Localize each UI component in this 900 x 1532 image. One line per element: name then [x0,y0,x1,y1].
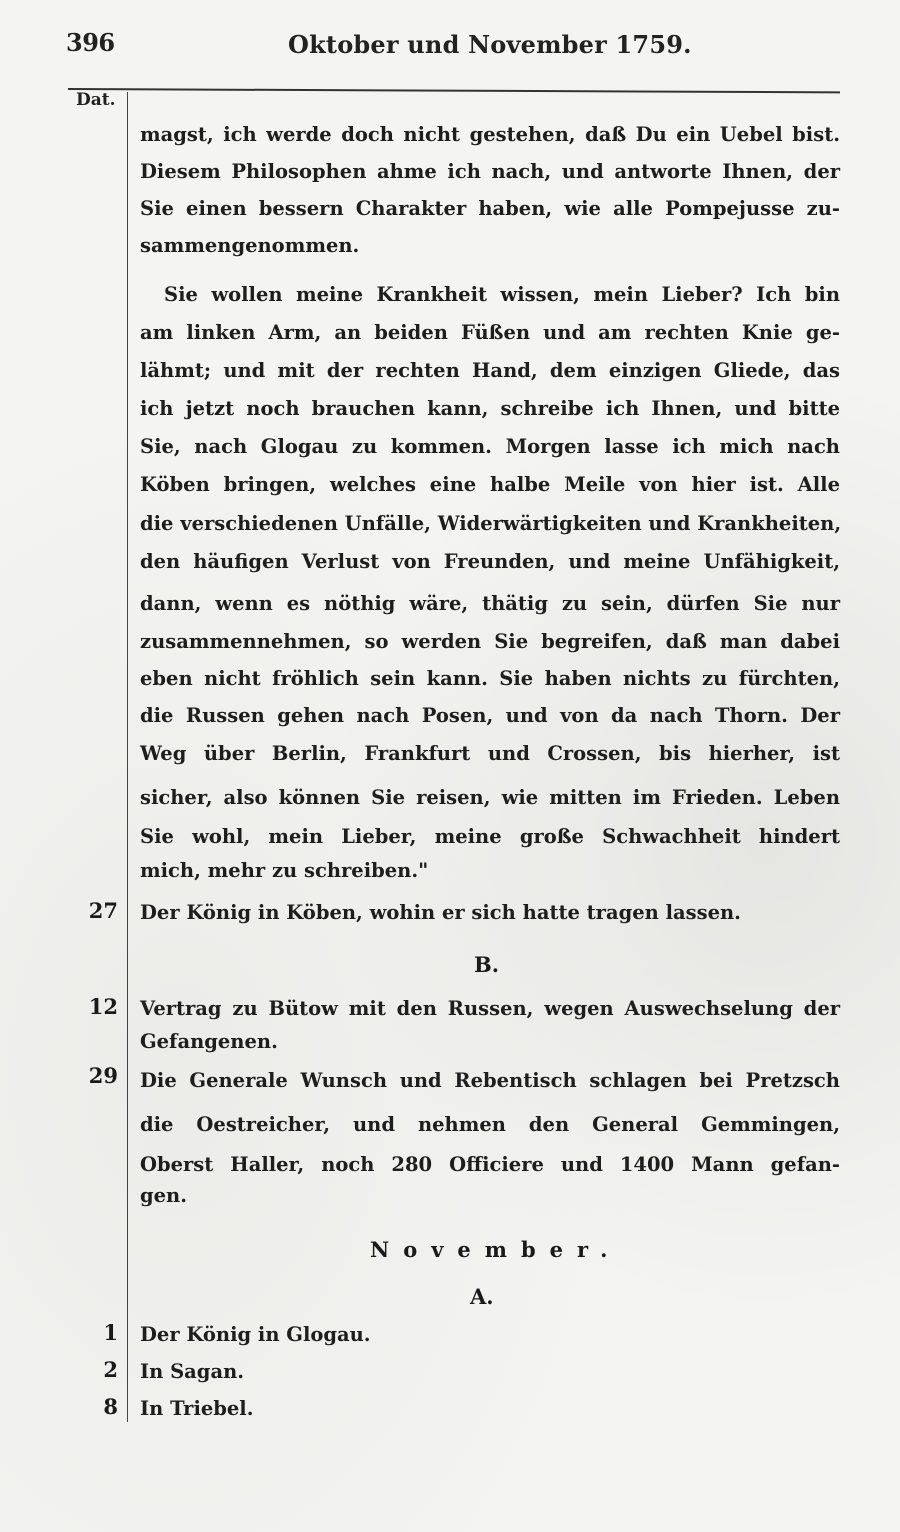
text-line: zusammennehmen, so werden Sie begreifen,… [140,629,840,655]
text-line: dann, wenn es nöthig wäre, thätig zu sei… [140,591,840,617]
text-line: am linken Arm, an beiden Füßen und am re… [140,320,840,346]
entry-date: 29 [78,1063,118,1088]
text-line: sicher, also können Sie reisen, wie mitt… [140,785,840,811]
date-column-label: Dat. [76,90,116,110]
entry-text: die Oestreicher, und nehmen den General … [140,1112,840,1138]
entry-text: Der König in Glogau. [140,1322,840,1348]
text-line: lähmt; und mit der rechten Hand, dem ein… [140,358,840,384]
entry-text: Vertrag zu Bütow mit den Russen, wegen A… [140,996,840,1022]
entry-date: 12 [78,994,118,1019]
entry-text: Oberst Haller, noch 280 Officiere und 14… [140,1152,840,1178]
text-line: den häufigen Verlust von Freunden, und m… [140,549,840,575]
section-heading-b: B. [474,952,499,977]
page-number: 396 [66,28,115,57]
date-column-divider [127,92,128,1422]
book-page: 396 Oktober und November 1759. Dat. mags… [0,0,900,1532]
entry-text: Gefangenen. [140,1029,840,1055]
text-line: eben nicht fröhlich sein kann. Sie haben… [140,666,840,692]
text-line: Diesem Philosophen ahme ich nach, und an… [140,159,840,185]
entry-date: 1 [78,1320,118,1345]
text-line: Sie einen bessern Charakter haben, wie a… [140,196,840,222]
entry-text: In Sagan. [140,1359,840,1385]
entry-text: Die Generale Wunsch und Rebentisch schla… [140,1068,840,1094]
text-line: Sie, nach Glogau zu kommen. Morgen lasse… [140,434,840,460]
entry-date: 2 [78,1357,118,1382]
month-heading-november: November. [370,1237,621,1262]
header-rule [68,88,840,93]
running-title: Oktober und November 1759. [288,30,692,59]
section-heading-a: A. [470,1284,494,1309]
text-line: Sie wohl, mein Lieber, meine große Schwa… [140,824,840,850]
text-line: Weg über Berlin, Frankfurt und Crossen, … [140,741,840,767]
text-line: die verschiedenen Unfälle, Widerwärtigke… [140,511,840,537]
text-line: mich, mehr zu schreiben." [140,858,840,884]
text-line: magst, ich werde doch nicht gestehen, da… [140,122,840,148]
entry-text: Der König in Köben, wohin er sich hatte … [140,900,840,926]
text-line: sammengenommen. [140,233,840,259]
entry-date: 8 [78,1394,118,1419]
text-line: Köben bringen, welches eine halbe Meile … [140,472,840,498]
entry-text: In Triebel. [140,1396,840,1422]
text-line: Sie wollen meine Krankheit wissen, mein … [140,282,840,308]
entry-date: 27 [78,898,118,923]
text-line: die Russen gehen nach Posen, und von da … [140,703,840,729]
entry-text: gen. [140,1183,840,1209]
text-line: ich jetzt noch brauchen kann, schreibe i… [140,396,840,422]
